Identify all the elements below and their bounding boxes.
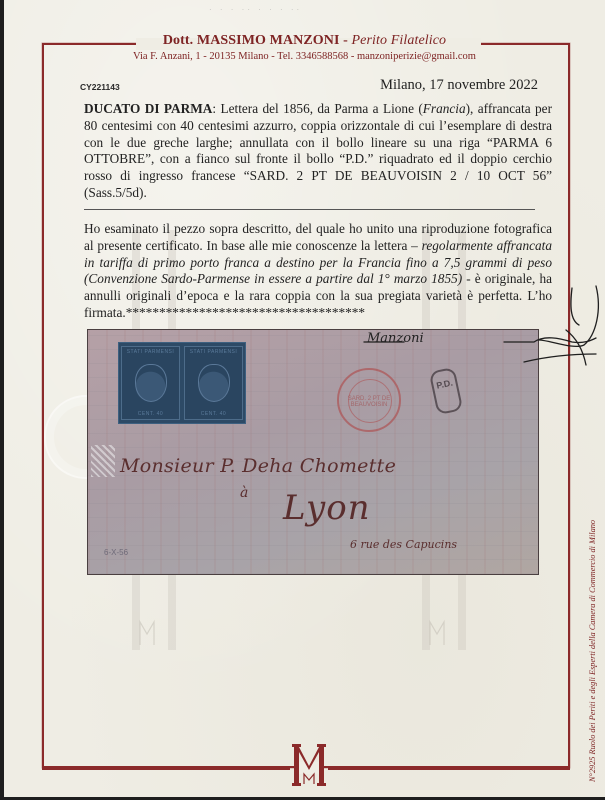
expert-name: Dott. MASSIMO MANZONI - Perito Filatelic…	[4, 33, 605, 49]
pencil-date-note: 6-X-56	[104, 548, 128, 557]
crest-icon	[198, 364, 230, 402]
address-preposition: à	[240, 485, 248, 501]
certificate-page: · · · ·· · · · ·· Dott. MASSIMO MANZONI …	[4, 0, 605, 797]
expert-signature: Manzoni	[367, 331, 424, 346]
statement-fill: ************************************	[126, 305, 365, 320]
crest-icon	[135, 364, 167, 402]
header-separator: -	[340, 33, 352, 48]
striped-mark	[91, 445, 115, 477]
pd-text: P.D.	[433, 377, 457, 392]
stamp-label-top: STATI PARMENSI	[188, 349, 239, 355]
stamp-label-bottom: CENT. 40	[188, 411, 239, 417]
red-double-circle-postmark: SARD. 2 PT DE BEAUVOISIN	[337, 368, 401, 432]
section-divider	[84, 209, 535, 210]
expert-title: Perito Filatelico	[352, 33, 447, 48]
expert-name-text: Dott. MASSIMO MANZONI	[163, 33, 340, 48]
signature-strokes	[334, 280, 604, 370]
item-description: DUCATO DI PARMA: Lettera del 1856, da Pa…	[84, 101, 552, 202]
logo-line-right	[328, 768, 570, 770]
description-heading: DUCATO DI PARMA	[84, 101, 212, 116]
address-city: Lyon	[283, 488, 371, 528]
stamp-right: STATI PARMENSI CENT. 40	[184, 346, 243, 420]
stamp-label-top: STATI PARMENSI	[125, 349, 176, 355]
logo-line-left	[42, 768, 290, 770]
address-street: 6 rue des Capucins	[350, 538, 457, 551]
pd-boxed-mark: P.D.	[429, 367, 464, 415]
registry-note: N°2925 Ruolo dei Periti e degli Esperti …	[588, 520, 597, 782]
addressee-name: Monsieur P. Deha Chomette	[120, 455, 396, 477]
certificate-id: CY221143	[80, 82, 120, 92]
stamp-left: STATI PARMENSI CENT. 40	[121, 346, 180, 420]
stamp-label-bottom: CENT. 40	[125, 411, 176, 417]
description-text-1: : Lettera del 1856, da Parma a Lione (	[212, 101, 422, 116]
certificate-date: Milano, 17 novembre 2022	[380, 77, 538, 94]
expert-address: Via F. Anzani, 1 - 20135 Milano - Tel. 3…	[4, 51, 605, 62]
mm-monogram-logo	[292, 744, 326, 786]
postmark-text: SARD. 2 PT DE BEAUVOISIN	[339, 396, 399, 408]
stamp-pair: STATI PARMENSI CENT. 40 STATI PARMENSI C…	[119, 343, 245, 423]
description-italic: Francia	[423, 101, 466, 116]
